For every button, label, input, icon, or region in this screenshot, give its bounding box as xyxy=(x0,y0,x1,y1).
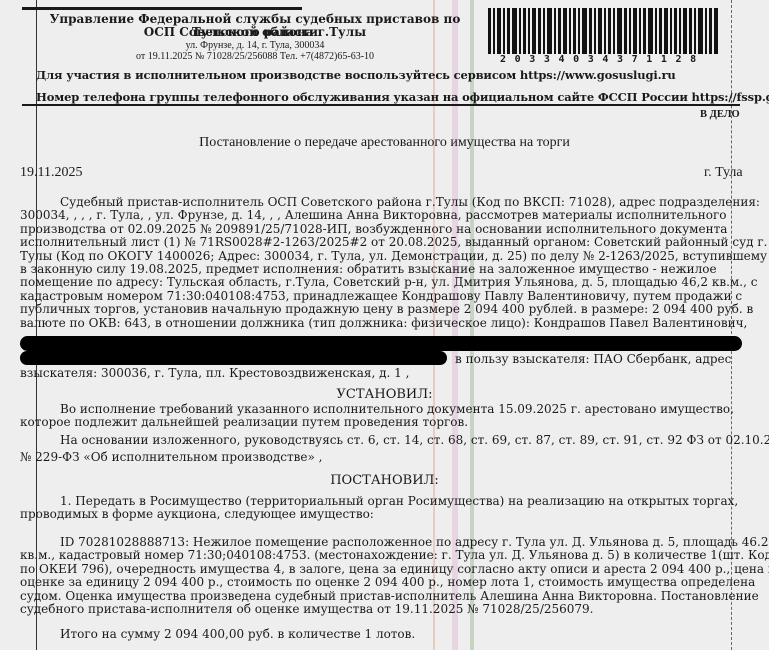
department-name: ОСП Советского района г.Тулы xyxy=(30,26,480,39)
document-title: Постановление о передаче арестованного и… xyxy=(0,135,769,151)
document-date: 19.11.2025 xyxy=(20,165,82,181)
header-top-rule xyxy=(22,7,302,10)
barcode-number: 20334034371128 xyxy=(500,54,740,65)
resolved-heading: ПОСТАНОВИЛ: xyxy=(0,473,769,488)
item-1-paragraph: 1. Передать в Росимущество (территориаль… xyxy=(20,495,747,522)
stamp-v-delo: В ДЕЛО xyxy=(700,109,740,120)
established-heading: УСТАНОВИЛ: xyxy=(0,387,769,402)
established-paragraph: Во исполнение требований указанного испо… xyxy=(20,403,747,430)
claimant-text: в пользу взыскателя: ПАО Сбербанк, адрес xyxy=(455,353,747,366)
gosuslugi-notice: Для участия в исполнительном производств… xyxy=(36,68,676,82)
document-city: г. Тула xyxy=(704,165,743,181)
property-paragraph: ID 70281028888713: Нежилое помещение рас… xyxy=(20,536,747,616)
phone-notice: Номер телефона группы телефонного обслуж… xyxy=(36,90,769,104)
intro-paragraph: Судебный пристав-исполнитель ОСП Советск… xyxy=(20,196,747,330)
claimant-address: взыскателя: 300036, г. Тула, пл. Крестов… xyxy=(20,367,747,380)
redaction-bar xyxy=(20,336,742,351)
document-page: Управление Федеральной службы судебных п… xyxy=(0,0,769,650)
header-bottom-rule xyxy=(22,104,740,106)
redaction-bar xyxy=(20,351,447,365)
barcode xyxy=(488,8,736,54)
basis-paragraph: На основании изложенного, руководствуясь… xyxy=(20,434,747,465)
document-reference: от 19.11.2025 № 71028/25/256088 Тел. +7(… xyxy=(30,51,480,62)
department-address: ул. Фрунзе, д. 14, г. Тула, 300034 xyxy=(30,40,480,51)
total-summary: Итого на сумму 2 094 400,00 руб. в колич… xyxy=(60,628,740,641)
